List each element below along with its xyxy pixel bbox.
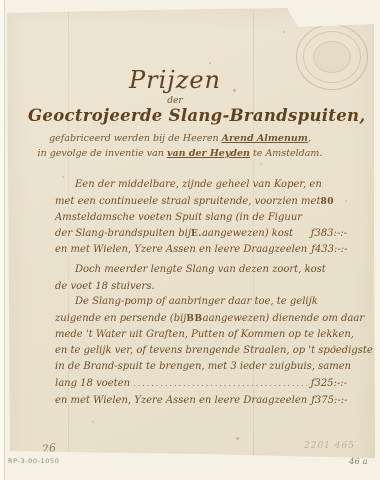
title-small-word: der <box>60 96 290 106</box>
line-text: en met Wielen, Yzere Assen en leere Draa… <box>55 395 307 406</box>
embossed-seal-icon <box>296 24 368 90</box>
line-text: De Slang-pomp of aanbringer daar toe, te… <box>75 296 318 307</box>
line-text: aangewezen) kost <box>202 228 293 239</box>
line-text: in de Brand-spuit te brengen, met 3 iede… <box>55 361 351 372</box>
pencil-page-number: 26 <box>41 441 57 456</box>
line-text: Doch meerder lengte Slang van dezen zoor… <box>75 264 326 275</box>
bold-reference: E. <box>191 229 202 239</box>
line-text: der Slang-brandspuiten bij <box>55 228 191 239</box>
line-text: lang 18 voeten <box>55 378 130 389</box>
manuscript-line: zuigende en persende (bij BB aangewezen)… <box>55 313 347 324</box>
subheading-text: , <box>308 133 311 144</box>
manuscript-line: en met Wielen, Yzere Assen en leere Draa… <box>55 244 347 255</box>
subheading-text: te Amsteldam. <box>250 148 322 159</box>
manuscript-line: en te gelijk ver, of tevens brengende St… <box>55 345 347 356</box>
manuscript-line: met een continueele straal spruitende, v… <box>55 196 347 207</box>
manuscript-line: Doch meerder lengte Slang van dezen zoor… <box>55 264 347 275</box>
faint-pencil-number: 2201 465 <box>304 441 355 451</box>
foxing-spot <box>62 176 64 178</box>
document-heading: Geoctrojeerde Slang-Brandspuiten, <box>28 106 332 125</box>
foxing-spot <box>92 421 94 423</box>
line-text: Amsteldamsche voeten Spuit slang (in de … <box>55 212 302 223</box>
manuscript-line: en met Wielen, Yzere Assen en leere Draa… <box>55 395 347 406</box>
foxing-spot <box>236 437 239 440</box>
line-text: de voet 18 stuivers. <box>55 281 155 292</box>
price-amount: ƒ325:-:- <box>307 378 347 389</box>
mount-edge <box>0 0 5 480</box>
document-title: Prijzen <box>60 66 290 94</box>
foxing-spot <box>209 62 211 64</box>
manuscript-line: der Slang-brandspuiten bij E. aangewezen… <box>55 228 347 239</box>
leader-dots: ........................................… <box>130 379 307 388</box>
manuscript-line: De Slang-pomp of aanbringer daar toe, te… <box>55 296 347 307</box>
manuscript-line: de voet 18 stuivers. <box>55 281 347 292</box>
inventory-number: RP-3-00-1050 <box>8 457 59 465</box>
foxing-spot <box>260 163 262 165</box>
seal-center <box>313 41 351 73</box>
price-amount: ƒ375:-:- <box>307 395 347 406</box>
subheading-line: gefabriceerd werden bij de Heeren Arend … <box>30 133 330 144</box>
manuscript-line: mede 't Water uit Graften, Putten of Kom… <box>55 329 347 340</box>
manuscript-line: in de Brand-spuit te brengen, met 3 iede… <box>55 361 347 372</box>
inventor-name: van der Heyden <box>167 148 250 159</box>
manuscript-line: lang 18 voeten .........................… <box>55 378 347 389</box>
subheading-text: gefabriceerd werden bij de Heeren <box>49 133 222 144</box>
line-text: met een continueele straal spruitende, v… <box>55 196 320 207</box>
line-text: en te gelijk ver, of tevens brengende St… <box>55 345 373 356</box>
line-text: zuigende en persende (bij <box>55 313 186 324</box>
manuscript-line: Amsteldamsche voeten Spuit slang (in de … <box>55 212 347 223</box>
subheading-line: in gevolge de inventie van van der Heyde… <box>30 148 330 159</box>
line-text: en met Wielen, Yzere Assen en leere Draa… <box>55 244 307 255</box>
line-text: mede 't Water uit Graften, Putten of Kom… <box>55 329 354 340</box>
bold-reference: 80 <box>320 197 334 207</box>
line-text: aangewezen) dienende om daar <box>203 313 364 324</box>
subheading-text: in gevolge de inventie van <box>38 148 167 159</box>
maker-name: Arend Almenum <box>222 133 308 144</box>
manuscript-scan: Prijzen der Geoctrojeerde Slang-Brandspu… <box>0 0 380 480</box>
foxing-spot <box>283 31 285 33</box>
price-amount: ƒ433:-:- <box>307 244 347 255</box>
corner-annotation: 46 a <box>349 457 368 467</box>
line-text: Een der middelbare, zijnde geheel van Ko… <box>75 179 322 190</box>
price-amount: ƒ383:-:- <box>307 228 347 239</box>
manuscript-paper: Prijzen der Geoctrojeerde Slang-Brandspu… <box>0 0 380 480</box>
manuscript-line: Een der middelbare, zijnde geheel van Ko… <box>55 179 347 190</box>
bold-reference: BB <box>186 314 202 324</box>
